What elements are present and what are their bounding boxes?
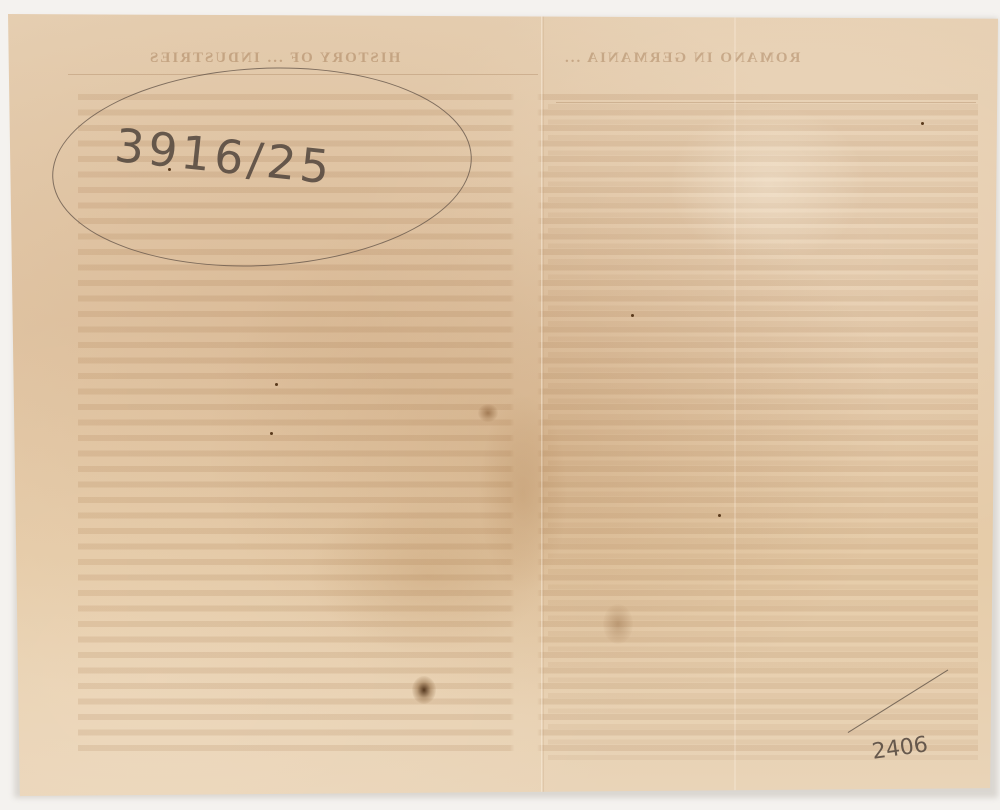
header-rule-right [556,102,976,103]
speck [631,314,634,317]
show-through-header-right: ROMANO IN GERMANIA ... [563,50,800,67]
foxing-spot [478,404,498,422]
water-stain [308,494,548,654]
speck [270,432,273,435]
ink-spot [412,676,436,704]
speck [275,383,278,386]
speck [718,514,721,517]
light-patch [668,104,868,264]
foxing-spot [603,604,633,644]
show-through-header-left: HISTORY OF ... INDUSTRIES [148,50,400,67]
speck [921,122,924,125]
